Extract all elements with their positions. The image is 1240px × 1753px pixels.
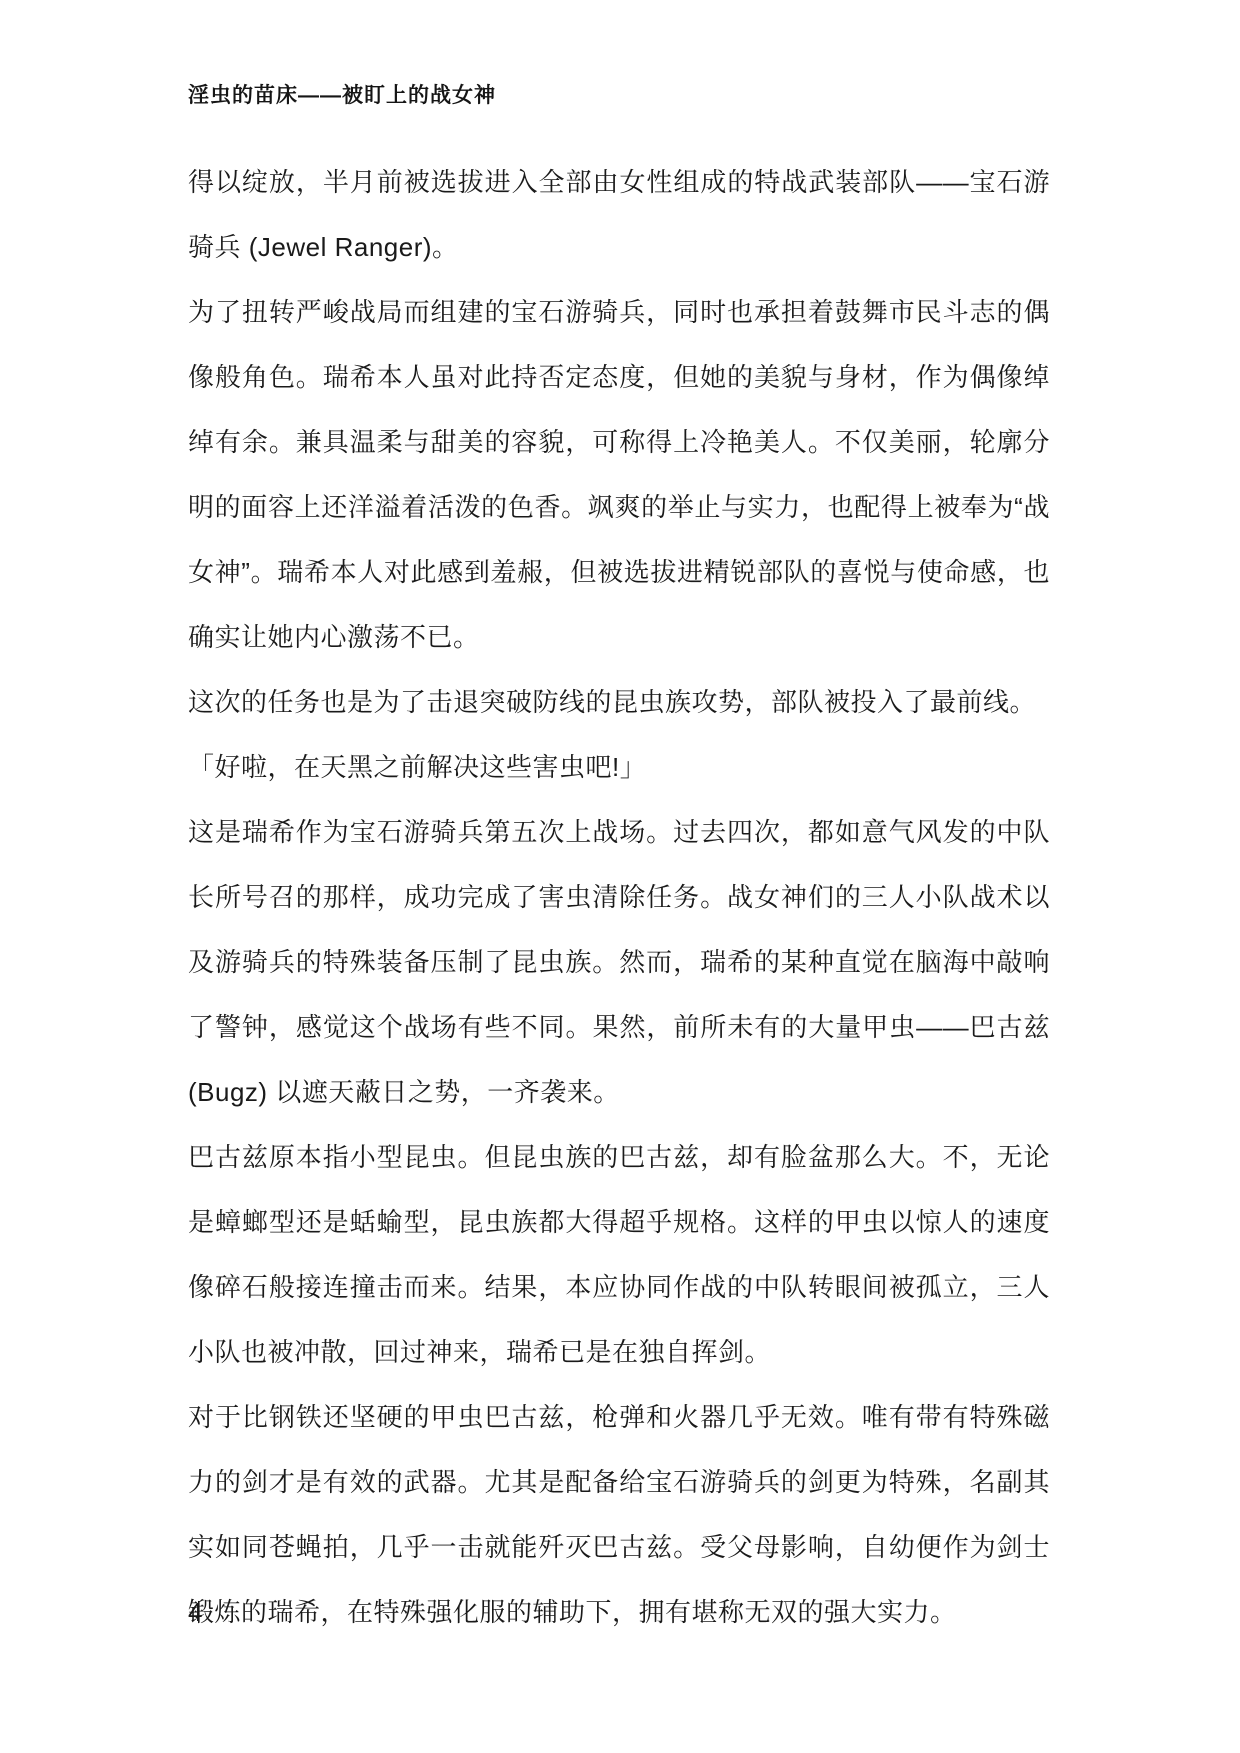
body-paragraph: 对于比钢铁还坚硬的甲虫巴古兹，枪弹和火器几乎无效。唯有带有特殊磁力的剑才是有效的… bbox=[188, 1385, 1050, 1645]
document-title: 淫虫的苗床——被盯上的战女神 bbox=[188, 84, 496, 108]
page-number: 4 bbox=[188, 1597, 202, 1627]
body-paragraph: 这次的任务也是为了击退突破防线的昆虫族攻势，部队被投入了最前线。 bbox=[188, 670, 1050, 735]
body-paragraph: 为了扭转严峻战局而组建的宝石游骑兵，同时也承担着鼓舞市民斗志的偶像般角色。瑞希本… bbox=[188, 280, 1050, 670]
body-paragraph: 「好啦，在天黑之前解决这些害虫吧!」 bbox=[188, 735, 1050, 800]
document-page: 淫虫的苗床——被盯上的战女神 得以绽放，半月前被选拔进入全部由女性组成的特战武装… bbox=[0, 0, 1240, 1753]
body-paragraph: 得以绽放，半月前被选拔进入全部由女性组成的特战武装部队——宝石游骑兵 (Jewe… bbox=[188, 150, 1050, 280]
body-paragraph: 巴古兹原本指小型昆虫。但昆虫族的巴古兹，却有脸盆那么大。不，无论是蟑螂型还是蛞蝓… bbox=[188, 1125, 1050, 1385]
document-body: 得以绽放，半月前被选拔进入全部由女性组成的特战武装部队——宝石游骑兵 (Jewe… bbox=[188, 150, 1050, 1645]
body-paragraph: 这是瑞希作为宝石游骑兵第五次上战场。过去四次，都如意气风发的中队长所号召的那样，… bbox=[188, 800, 1050, 1125]
